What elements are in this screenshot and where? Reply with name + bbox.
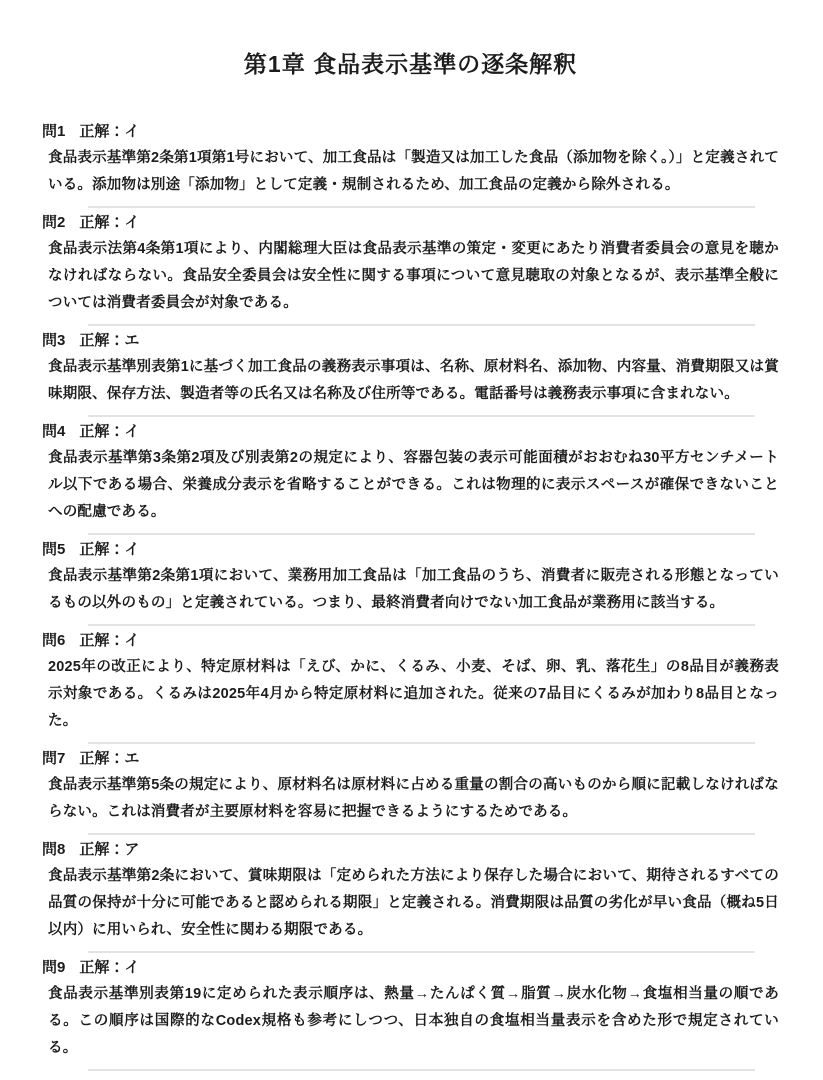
question-section: 問6正解：イ 2025年の改正により、特定原材料は「えび、かに、くるみ、小麦、そ… [42,631,779,744]
question-answer: 正解：イ [79,213,139,233]
question-number: 問7 [42,749,65,769]
question-section: 問3正解：エ 食品表示基準別表第1に基づく加工食品の義務表示事項は、名称、原材料… [42,331,779,417]
section-divider [88,324,755,326]
question-explanation: 食品表示法第4条第1項により、内閣総理大臣は食品表示基準の策定・変更にあたり消費… [42,236,779,317]
question-section: 問9正解：イ 食品表示基準別表第19に定められた表示順序は、熱量→たんぱく質→脂… [42,958,779,1071]
question-answer: 正解：イ [79,422,139,442]
question-number: 問3 [42,331,65,351]
question-number: 問5 [42,540,65,560]
question-section: 問5正解：イ 食品表示基準第2条第1項において、業務用加工食品は「加工食品のうち… [42,540,779,626]
section-divider [88,742,755,744]
question-explanation: 食品表示基準別表第19に定められた表示順序は、熱量→たんぱく質→脂質→炭水化物→… [42,981,779,1062]
question-explanation: 食品表示基準別表第1に基づく加工食品の義務表示事項は、名称、原材料名、添加物、内… [42,354,779,408]
question-header: 問2正解：イ [42,213,779,233]
question-explanation: 2025年の改正により、特定原材料は「えび、かに、くるみ、小麦、そば、卵、乳、落… [42,654,779,735]
section-divider [88,415,755,417]
section-divider [88,206,755,208]
question-explanation: 食品表示基準第3条第2項及び別表第2の規定により、容器包装の表示可能面積がおおむ… [42,445,779,526]
document-page: 第1章 食品表示基準の逐条解釈 問1正解：イ 食品表示基準第2条第1項第1号にお… [0,0,823,1080]
question-header: 問3正解：エ [42,331,779,351]
question-header: 問4正解：イ [42,422,779,442]
question-number: 問8 [42,840,65,860]
section-divider [88,624,755,626]
question-number: 問2 [42,213,65,233]
question-explanation: 食品表示基準第2条において、賞味期限は「定められた方法により保存した場合において… [42,863,779,944]
question-header: 問7正解：エ [42,749,779,769]
question-explanation: 食品表示基準第2条第1項第1号において、加工食品は「製造又は加工した食品（添加物… [42,145,779,199]
section-divider [88,833,755,835]
question-number: 問9 [42,958,65,978]
question-header: 問1正解：イ [42,122,779,142]
document-title: 第1章 食品表示基準の逐条解釈 [42,49,779,79]
question-answer: 正解：イ [79,958,139,978]
question-answer: 正解：イ [79,122,139,142]
question-number: 問6 [42,631,65,651]
question-answer: 正解：エ [79,749,139,769]
section-divider [88,951,755,953]
section-divider [88,533,755,535]
question-explanation: 食品表示基準第2条第1項において、業務用加工食品は「加工食品のうち、消費者に販売… [42,563,779,617]
question-section: 問7正解：エ 食品表示基準第5条の規定により、原材料名は原材料に占める重量の割合… [42,749,779,835]
questions-list: 問1正解：イ 食品表示基準第2条第1項第1号において、加工食品は「製造又は加工し… [42,122,779,1071]
question-header: 問5正解：イ [42,540,779,560]
question-explanation: 食品表示基準第5条の規定により、原材料名は原材料に占める重量の割合の高いものから… [42,772,779,826]
question-header: 問6正解：イ [42,631,779,651]
question-section: 問8正解：ア 食品表示基準第2条において、賞味期限は「定められた方法により保存し… [42,840,779,953]
question-section: 問1正解：イ 食品表示基準第2条第1項第1号において、加工食品は「製造又は加工し… [42,122,779,208]
question-answer: 正解：イ [79,540,139,560]
question-answer: 正解：エ [79,331,139,351]
question-answer: 正解：イ [79,631,139,651]
question-section: 問2正解：イ 食品表示法第4条第1項により、内閣総理大臣は食品表示基準の策定・変… [42,213,779,326]
question-number: 問4 [42,422,65,442]
question-header: 問8正解：ア [42,840,779,860]
question-section: 問4正解：イ 食品表示基準第3条第2項及び別表第2の規定により、容器包装の表示可… [42,422,779,535]
question-number: 問1 [42,122,65,142]
section-divider [88,1069,755,1071]
question-header: 問9正解：イ [42,958,779,978]
question-answer: 正解：ア [79,840,139,860]
